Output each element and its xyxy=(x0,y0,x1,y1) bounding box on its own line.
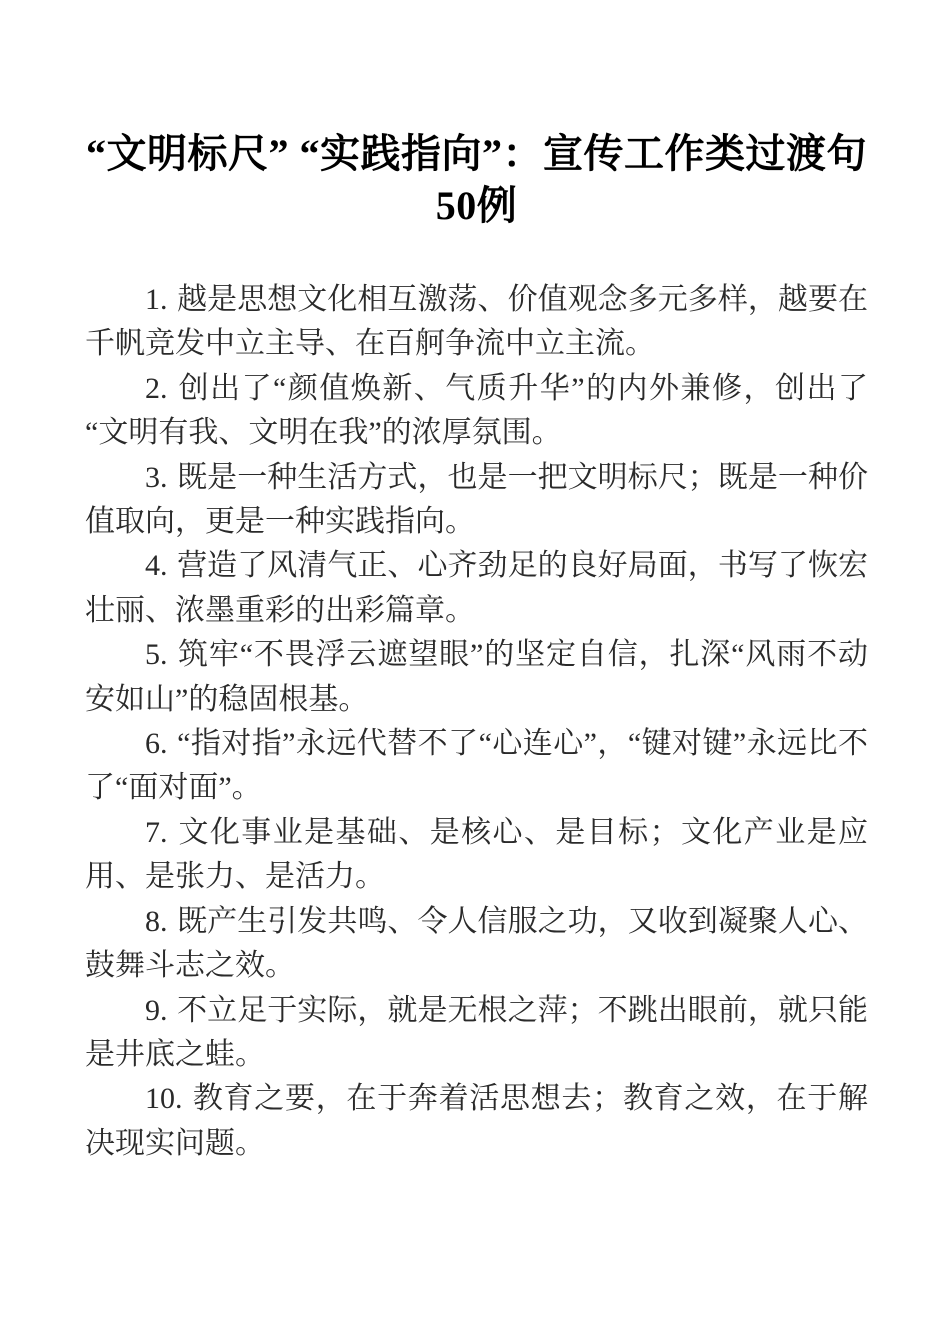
item-text: 不立足于实际，就是无根之萍；不跳出眼前，就只能是井底之蛙。 xyxy=(85,994,868,1071)
item-text: 既产生引发共鸣、令人信服之功，又收到凝聚人心、鼓舞斗志之效。 xyxy=(85,905,868,982)
item-number: 8. xyxy=(145,905,168,938)
item-number: 7. xyxy=(145,816,168,849)
transition-sentence-item: 7.文化事业是基础、是核心、是目标；文化产业是应用、是张力、是活力。 xyxy=(85,811,868,900)
item-number: 10. xyxy=(145,1082,183,1115)
item-number: 3. xyxy=(145,461,168,494)
document-body: 1.越是思想文化相互激荡、价值观念多元多样，越要在千帆竞发中立主导、在百舸争流中… xyxy=(85,278,868,1166)
transition-sentence-item: 5.筑牢“不畏浮云遮望眼”的坚定自信，扎深“风雨不动安如山”的稳固根基。 xyxy=(85,633,868,722)
item-text: 教育之要，在于奔着活思想去；教育之效，在于解决现实问题。 xyxy=(85,1082,868,1159)
transition-sentence-item: 1.越是思想文化相互激荡、价值观念多元多样，越要在千帆竞发中立主导、在百舸争流中… xyxy=(85,278,868,367)
transition-sentence-item: 6.“指对指”永远代替不了“心连心”，“键对键”永远比不了“面对面”。 xyxy=(85,722,868,811)
document-title: “文明标尺” “实践指向”：宣传工作类过渡句50例 xyxy=(71,128,882,232)
item-text: 创出了“颜值焕新、气质升华”的内外兼修，创出了“文明有我、文明在我”的浓厚氛围。 xyxy=(85,372,868,449)
transition-sentence-item: 2.创出了“颜值焕新、气质升华”的内外兼修，创出了“文明有我、文明在我”的浓厚氛… xyxy=(85,367,868,456)
item-text: 既是一种生活方式，也是一把文明标尺；既是一种价值取向，更是一种实践指向。 xyxy=(85,461,868,538)
transition-sentence-item: 8.既产生引发共鸣、令人信服之功，又收到凝聚人心、鼓舞斗志之效。 xyxy=(85,900,868,989)
transition-sentence-item: 9.不立足于实际，就是无根之萍；不跳出眼前，就只能是井底之蛙。 xyxy=(85,989,868,1078)
item-number: 2. xyxy=(145,372,168,405)
item-number: 5. xyxy=(145,638,168,671)
item-text: 营造了风清气正、心齐劲足的良好局面，书写了恢宏壮丽、浓墨重彩的出彩篇章。 xyxy=(85,549,868,626)
item-number: 4. xyxy=(145,549,168,582)
item-text: 越是思想文化相互激荡、价值观念多元多样，越要在千帆竞发中立主导、在百舸争流中立主… xyxy=(85,283,868,360)
item-number: 9. xyxy=(145,994,168,1027)
transition-sentence-item: 10.教育之要，在于奔着活思想去；教育之效，在于解决现实问题。 xyxy=(85,1077,868,1166)
item-text: “指对指”永远代替不了“心连心”，“键对键”永远比不了“面对面”。 xyxy=(85,727,868,804)
item-text: 文化事业是基础、是核心、是目标；文化产业是应用、是张力、是活力。 xyxy=(85,816,868,893)
item-number: 1. xyxy=(145,283,168,316)
document-page: “文明标尺” “实践指向”：宣传工作类过渡句50例 1.越是思想文化相互激荡、价… xyxy=(0,0,950,1344)
item-text: 筑牢“不畏浮云遮望眼”的坚定自信，扎深“风雨不动安如山”的稳固根基。 xyxy=(85,638,868,715)
item-number: 6. xyxy=(145,727,168,760)
transition-sentence-item: 3.既是一种生活方式，也是一把文明标尺；既是一种价值取向，更是一种实践指向。 xyxy=(85,456,868,545)
transition-sentence-item: 4.营造了风清气正、心齐劲足的良好局面，书写了恢宏壮丽、浓墨重彩的出彩篇章。 xyxy=(85,544,868,633)
